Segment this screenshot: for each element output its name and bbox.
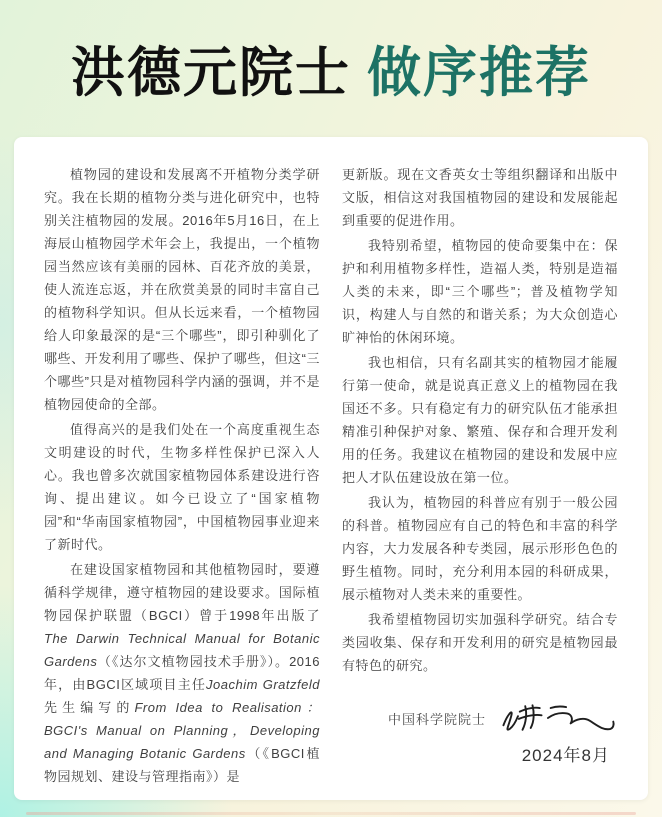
text-segment: 值得高兴的是我们处在一个高度重视生态文明建设的时代，生物多样性保护已深入人心。我… — [44, 422, 320, 552]
text-segment: 更新版。现在文香英女士等组织翻译和出版中文版，相信这对我国植物园的建设和发展能起… — [342, 167, 618, 228]
paragraph: 植物园的建设和发展离不开植物分类学研究。我在长期的植物分类与进化研究中，也特别关… — [44, 163, 320, 416]
text-segment: 我也相信，只有名副其实的植物园才能履行第一使命，就是说真正意义上的植物园在我国还… — [342, 355, 618, 485]
column-left: 植物园的建设和发展离不开植物分类学研究。我在长期的植物分类与进化研究中，也特别关… — [44, 163, 320, 790]
text-segment: 先生编写的 — [44, 700, 134, 715]
text-segment: 我特别希望，植物园的使命要集中在：保护和利用植物多样性，造福人类，特别是造福人类… — [342, 238, 618, 345]
title-academician-name: 洪德元院士 — [71, 30, 351, 107]
next-card-edge-divider — [26, 812, 636, 815]
page-title: 洪德元院士 做序推荐 — [0, 0, 662, 137]
text-segment: 植物园的建设和发展离不开植物分类学研究。我在长期的植物分类与进化研究中，也特别关… — [44, 167, 320, 412]
title-preface-label: 做序推荐 — [367, 30, 591, 107]
paragraph: 我也相信，只有名副其实的植物园才能履行第一使命，就是说真正意义上的植物园在我国还… — [342, 351, 618, 489]
article-card: 植物园的建设和发展离不开植物分类学研究。我在长期的植物分类与进化研究中，也特别关… — [14, 137, 648, 800]
text-segment: Joachim Gratzfeld — [206, 677, 320, 692]
paragraph: 我希望植物园切实加强科学研究。结合专类园收集、保存和开发利用的研究是植物园最有特… — [342, 608, 618, 677]
signature-row: 中国科学院院士 — [342, 697, 618, 739]
paragraph: 在建设国家植物园和其他植物园时，要遵循科学规律，遵守植物园的建设要求。国际植物园… — [44, 558, 320, 788]
paragraph: 值得高兴的是我们处在一个高度重视生态文明建设的时代，生物多样性保护已深入人心。我… — [44, 418, 320, 556]
text-segment: 我认为，植物园的科普应有别于一般公园的科普。植物园应有自己的特色和丰富的科学内容… — [342, 495, 618, 602]
signature-role: 中国科学院院士 — [388, 709, 486, 728]
signature-date: 2024年8月 — [342, 741, 618, 766]
paragraph: 我认为，植物园的科普应有别于一般公园的科普。植物园应有自己的特色和丰富的科学内容… — [342, 491, 618, 606]
signature-image — [498, 697, 616, 739]
column-right: 更新版。现在文香英女士等组织翻译和出版中文版，相信这对我国植物园的建设和发展能起… — [342, 163, 618, 790]
text-segment: 在建设国家植物园和其他植物园时，要遵循科学规律，遵守植物园的建设要求。国际植物园… — [44, 562, 320, 623]
paragraph: 我特别希望，植物园的使命要集中在：保护和利用植物多样性，造福人类，特别是造福人类… — [342, 234, 618, 349]
text-segment: 我希望植物园切实加强科学研究。结合专类园收集、保存和开发利用的研究是植物园最有特… — [342, 612, 618, 673]
paragraph: 更新版。现在文香英女士等组织翻译和出版中文版，相信这对我国植物园的建设和发展能起… — [342, 163, 618, 232]
page-background: 洪德元院士 做序推荐 植物园的建设和发展离不开植物分类学研究。我在长期的植物分类… — [0, 0, 662, 817]
two-column-layout: 植物园的建设和发展离不开植物分类学研究。我在长期的植物分类与进化研究中，也特别关… — [44, 163, 618, 790]
